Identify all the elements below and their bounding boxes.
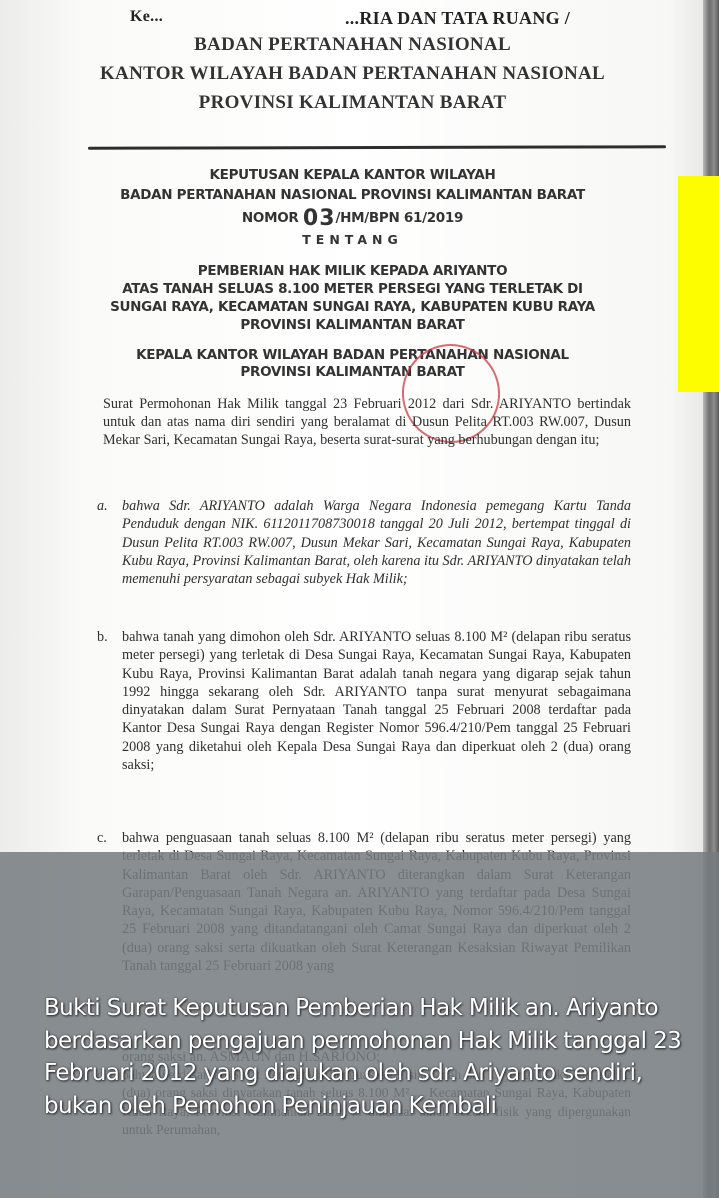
decree-number-suffix: /HM/BPN 61/2019 <box>336 210 464 226</box>
caption-text: Bukti Surat Keputusan Pemberian Hak Mili… <box>44 992 704 1122</box>
list-item-a: a. bahwa Sdr. ARIYANTO adalah Warga Nega… <box>101 497 631 588</box>
decree-number-label: NOMOR <box>242 210 299 226</box>
decree-subject-3: SUNGAI RAYA, KECAMATAN SUNGAI RAYA, KABU… <box>0 299 705 315</box>
decree-issuer-2: PROVINSI KALIMANTAN BARAT <box>0 364 705 380</box>
decree-number: NOMOR 03/HM/BPN 61/2019 <box>0 206 705 231</box>
list-marker: a. <box>97 497 108 515</box>
list-item-text: bahwa Sdr. ARIYANTO adalah Warga Negara … <box>122 497 631 588</box>
decree-subject-4: PROVINSI KALIMANTAN BARAT <box>0 317 705 333</box>
letterhead-line-3: KANTOR WILAYAH BADAN PERTANAHAN NASIONAL <box>0 63 705 85</box>
letterhead-fragment-right: ...RIA DAN TATA RUANG / <box>345 8 570 28</box>
list-marker: b. <box>97 628 108 646</box>
decree-subject-2: ATAS TANAH SELUAS 8.100 METER PERSEGI YA… <box>0 281 705 297</box>
list-marker: c. <box>97 829 107 847</box>
letterhead-line-4: PROVINSI KALIMANTAN BARAT <box>0 92 705 114</box>
decree-title-2: BADAN PERTANAHAN NASIONAL PROVINSI KALIM… <box>0 187 705 203</box>
letterhead-fragment-left: Ke... <box>130 8 163 26</box>
decree-title-1: KEPUTUSAN KEPALA KANTOR WILAYAH <box>0 167 705 183</box>
letterhead-line-1: Ke... ...RIA DAN TATA RUANG / <box>0 8 705 29</box>
decree-subject-1: PEMBERIAN HAK MILIK KEPADA ARIYANTO <box>0 263 705 279</box>
decree-number-value: 03 <box>303 206 336 231</box>
decree-issuer-1: KEPALA KANTOR WILAYAH BADAN PERTANAHAN N… <box>0 347 705 363</box>
decree-about: TENTANG <box>0 232 705 247</box>
yellow-highlight-marker <box>678 176 719 392</box>
letterhead-divider <box>88 145 666 150</box>
intro-paragraph: Surat Permohonan Hak Milik tanggal 23 Fe… <box>103 396 631 449</box>
letterhead-line-2: BADAN PERTANAHAN NASIONAL <box>0 34 705 56</box>
list-item-b: b. bahwa tanah yang dimohon oleh Sdr. AR… <box>101 628 631 774</box>
list-item-text: bahwa tanah yang dimohon oleh Sdr. ARIYA… <box>122 628 631 774</box>
